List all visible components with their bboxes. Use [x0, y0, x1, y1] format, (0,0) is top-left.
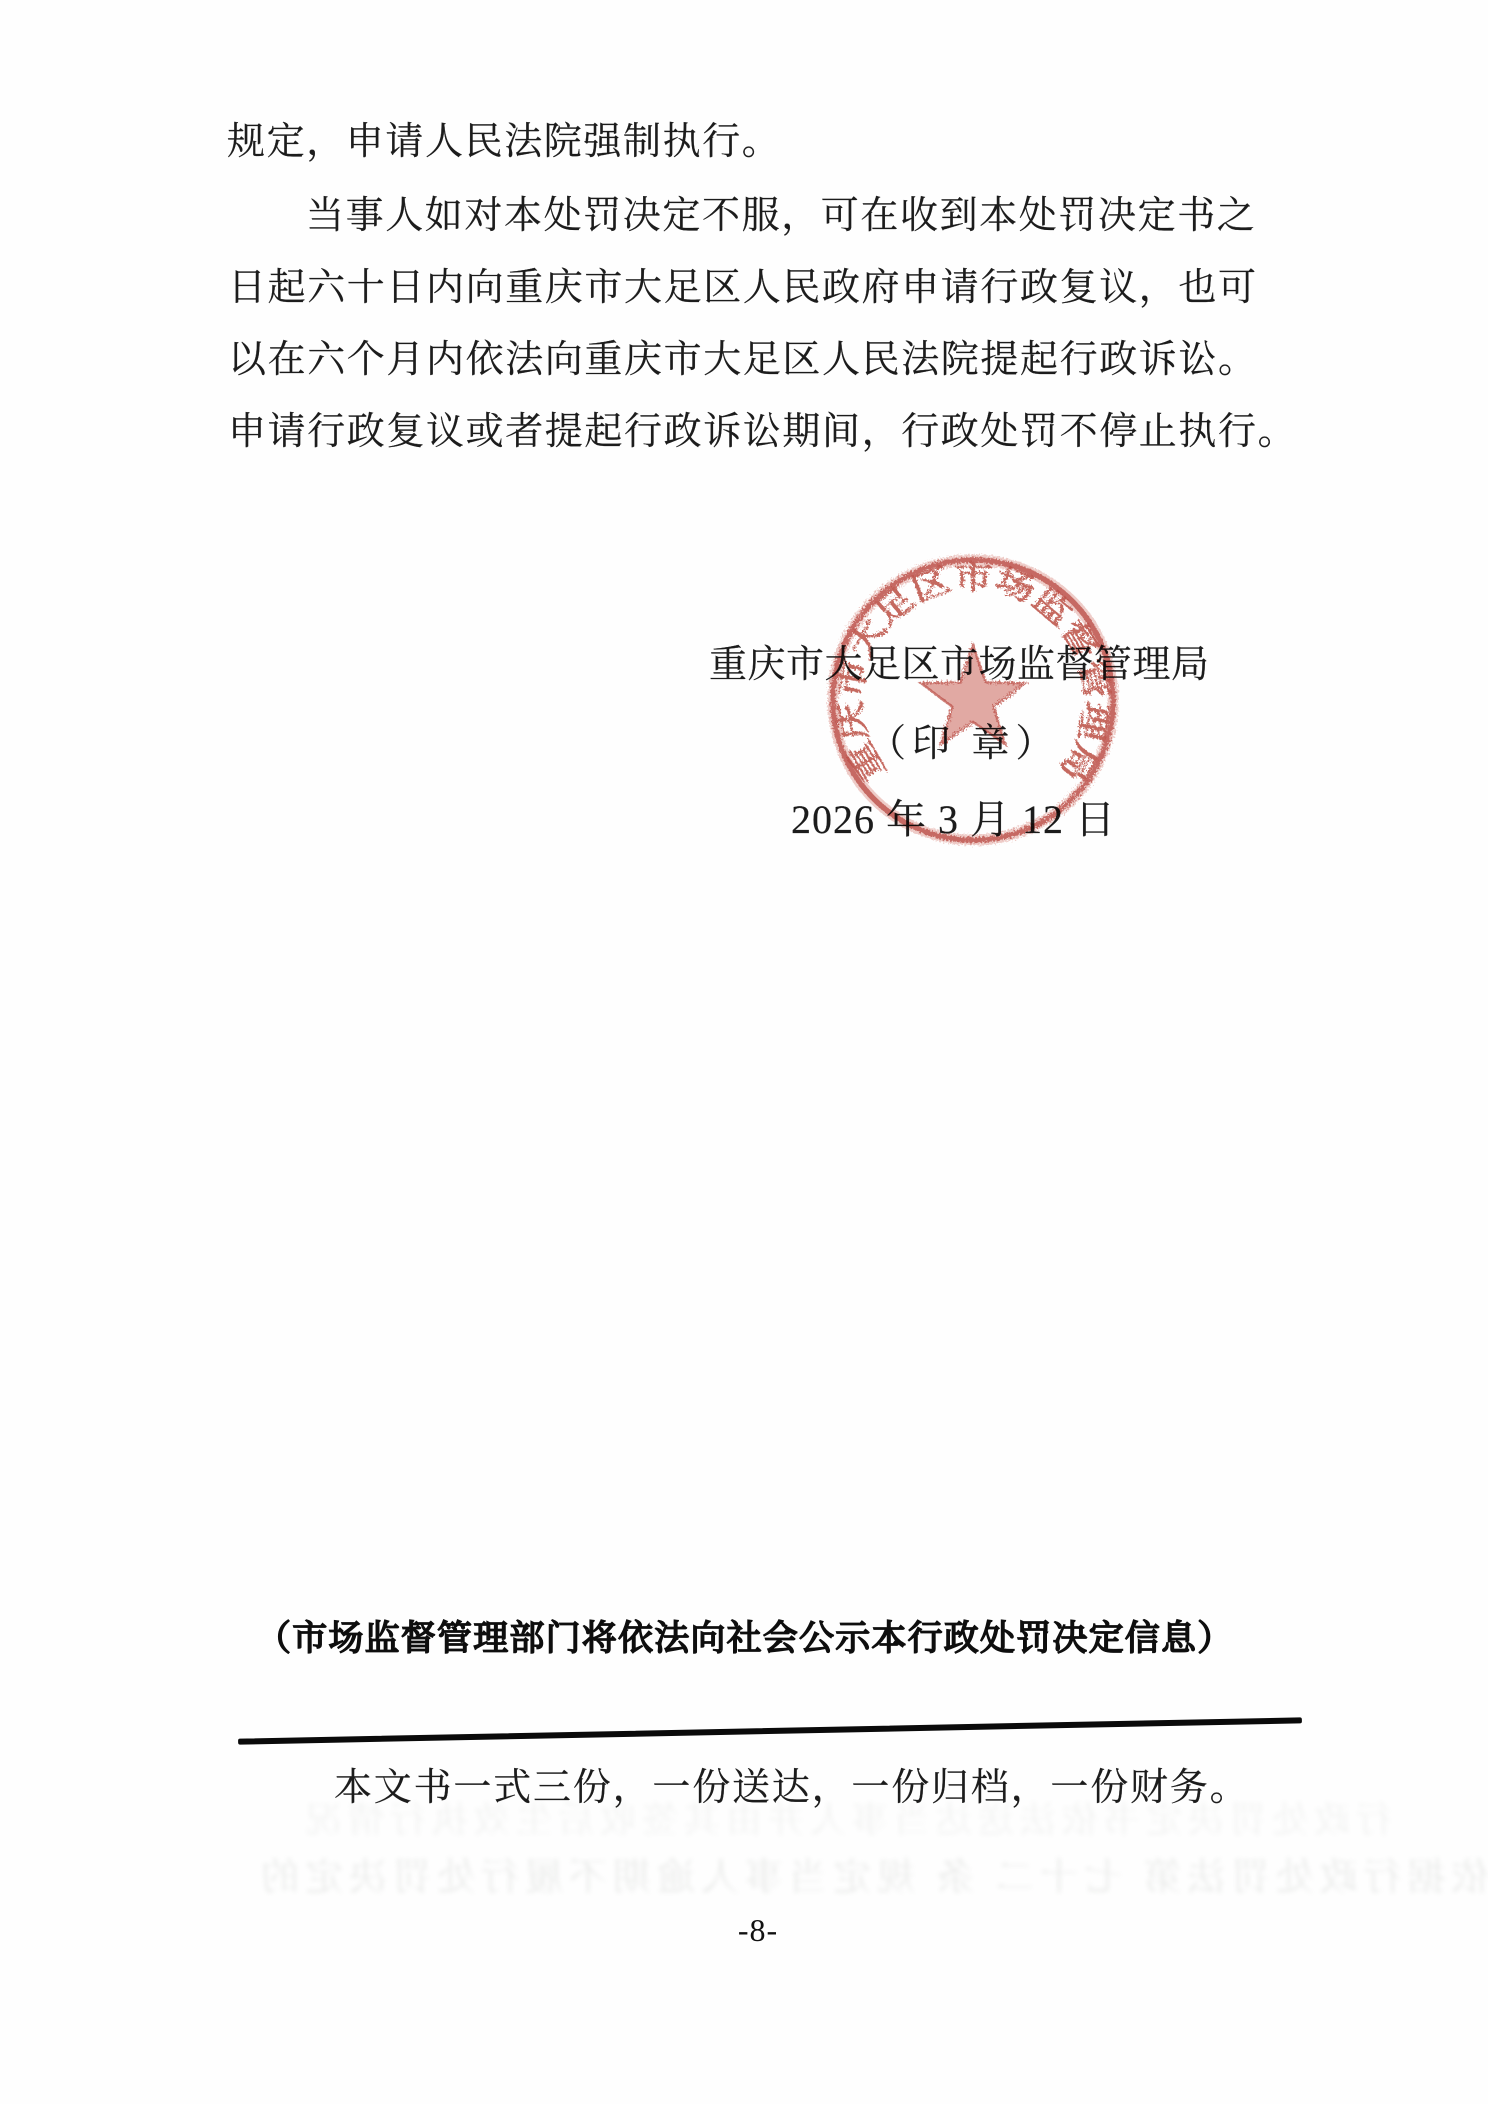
document-page: 规定，申请人民法院强制执行。 当事人如对本处罚决定不服，可在收到本处罚决定书之 …	[0, 0, 1488, 2104]
bleedthrough-text-artifact: 依据行政处罚法第 七十二 条 规定当事人逾期不履行处罚决定的	[255, 1846, 1488, 1901]
paragraph-line: 以在六个月内依法向重庆市大足区人民法院提起行政诉讼。	[228, 328, 1258, 383]
page-number: -8-	[0, 1912, 1488, 1949]
paragraph-line: 当事人如对本处罚决定不服，可在收到本处罚决定书之	[228, 184, 1256, 239]
official-seal-stamp: 重庆市大足区市场监督管理局	[824, 551, 1122, 849]
bleedthrough-text-artifact: 行政处罚决定书依法送达当事人并由其签收后生效执行情况	[300, 1792, 1392, 1843]
body-continuation-line: 规定，申请人民法院强制执行。	[227, 110, 781, 165]
footer-divider-line	[238, 1717, 1302, 1744]
public-disclosure-notice: （市场监督管理部门将依法向社会公示本行政处罚决定信息）	[256, 1611, 1233, 1661]
seal-star-icon	[921, 645, 1025, 744]
seal-graphic: 重庆市大足区市场监督管理局	[824, 551, 1122, 849]
paragraph-line: 申请行政复议或者提起行政诉讼期间，行政处罚不停止执行。	[228, 400, 1297, 455]
paragraph-line: 日起六十日内向重庆市大足区人民政府申请行政复议，也可	[228, 256, 1258, 311]
